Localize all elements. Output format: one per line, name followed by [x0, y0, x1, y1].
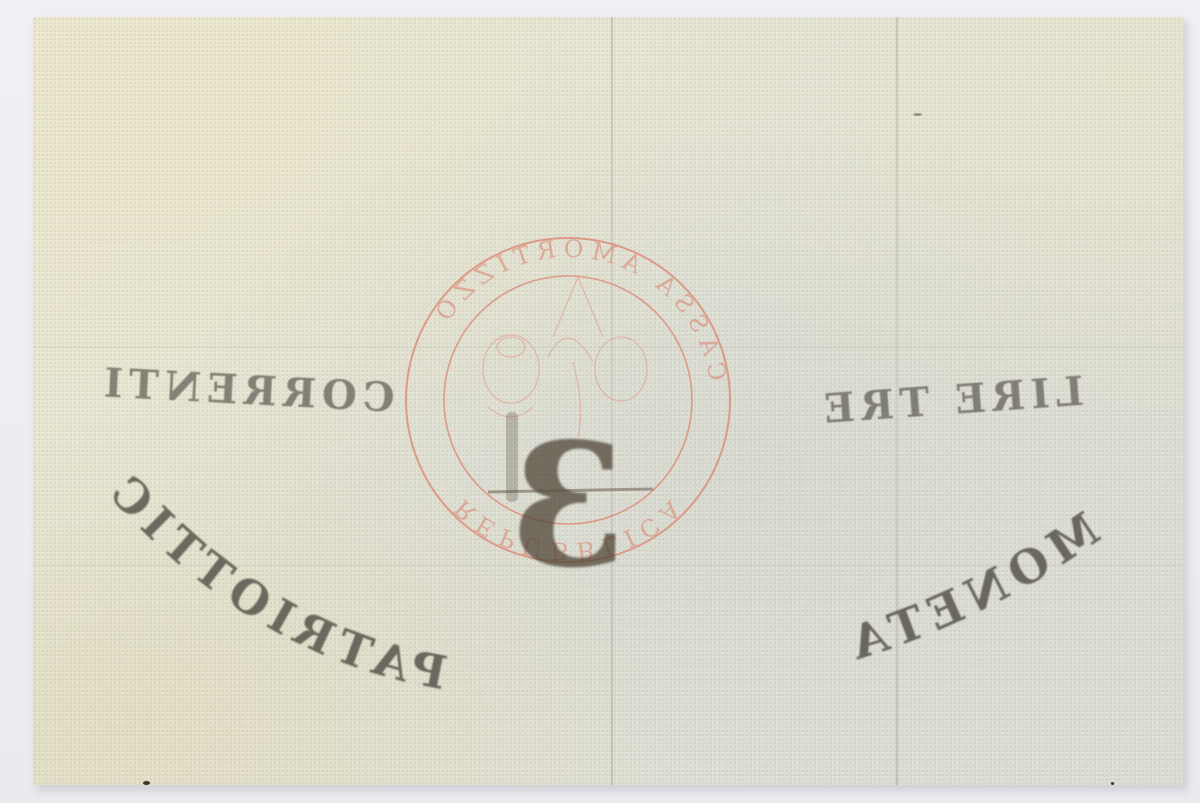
faint-vertical-stroke [506, 412, 518, 502]
paper-speck [143, 781, 150, 785]
paper-speck [913, 113, 922, 116]
mirrored-numeral: 3 [33, 17, 1183, 785]
paper-speck [1111, 782, 1114, 785]
banknote-paper: CORRENTI LIRE TRE MONETA PATRIOTTICA [33, 17, 1183, 785]
numeral-three: 3 [509, 406, 627, 606]
